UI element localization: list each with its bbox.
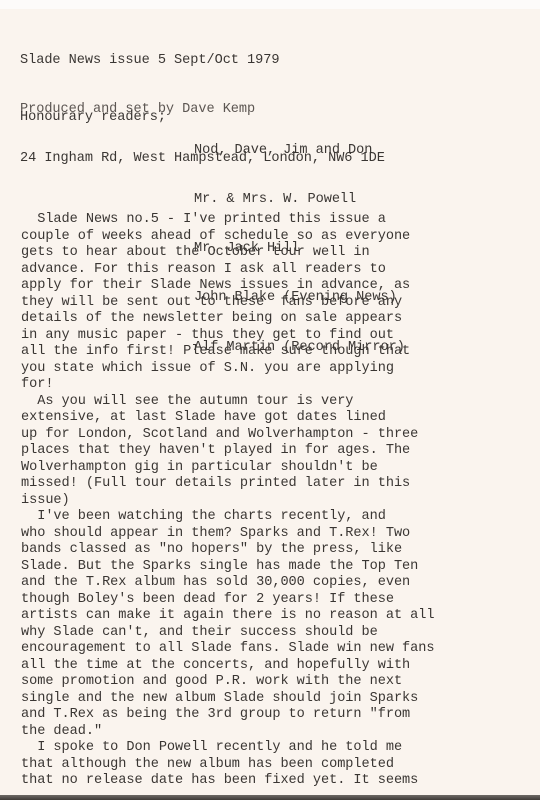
body-line: why Slade can't, and their success shoul…: [21, 625, 435, 642]
body-line: all the info first! Please make sure tho…: [21, 344, 435, 361]
body-line: gets to hear about the October tour well…: [21, 245, 435, 262]
body-line: and the T.Rex album has sold 30,000 copi…: [21, 575, 435, 592]
body-line: up for London, Scotland and Wolverhampto…: [21, 427, 435, 444]
reader-name: Nod, Dave, Jim and Don: [194, 143, 405, 159]
body-line: some promotion and good P.R. work with t…: [21, 674, 435, 691]
body-line: As you will see the autumn tour is very: [21, 394, 435, 411]
body-line: couple of weeks ahead of schedule so as …: [21, 229, 435, 246]
body-line: single and the new album Slade should jo…: [21, 691, 435, 708]
body-line: that although the new album has been com…: [21, 757, 435, 774]
body-line: places that they haven't played in for a…: [21, 443, 435, 460]
body-line: all the time at the concerts, and hopefu…: [21, 658, 435, 675]
body-line: details of the newsletter being on sale …: [21, 311, 435, 328]
body-line: and T.Rex as being the 3rd group to retu…: [21, 707, 435, 724]
issue-title: Slade News issue 5 Sept/Oct 1979: [20, 53, 385, 69]
article-body: Slade News no.5 - I've printed this issu…: [21, 212, 435, 790]
body-line: missed! (Full tour details printed later…: [21, 476, 435, 493]
body-line: apply for their Slade News issues in adv…: [21, 278, 435, 295]
body-line: though Boley's been dead for 2 years! If…: [21, 592, 435, 609]
reader-name: Mr. & Mrs. W. Powell: [194, 192, 405, 208]
honourary-readers-label: Honourary readers;: [20, 110, 166, 126]
body-line: advance. For this reason I ask all reade…: [21, 262, 435, 279]
body-line: for!: [21, 377, 435, 394]
body-line: issue): [21, 493, 435, 510]
body-line: I've been watching the charts recently, …: [21, 509, 435, 526]
body-line: in any music paper - thus they get to fi…: [21, 328, 435, 345]
body-line: they will be sent out to these fans befo…: [21, 295, 435, 312]
body-line: Wolverhampton gig in particular shouldn'…: [21, 460, 435, 477]
body-line: the dead.": [21, 724, 435, 741]
body-line: I spoke to Don Powell recently and he to…: [21, 740, 435, 757]
body-line: bands classed as "no hopers" by the pres…: [21, 542, 435, 559]
body-line: who should appear in them? Sparks and T.…: [21, 526, 435, 543]
body-line: encouragement to all Slade fans. Slade w…: [21, 641, 435, 658]
page-bottom-edge: [0, 795, 540, 800]
body-line: extensive, at last Slade have got dates …: [21, 410, 435, 427]
body-line: Slade. But the Sparks single has made th…: [21, 559, 435, 576]
body-line: that no release date has been fixed yet.…: [21, 773, 435, 790]
body-line: you state which issue of S.N. you are ap…: [21, 361, 435, 378]
body-line: artists can make it again there is no re…: [21, 608, 435, 625]
body-line: Slade News no.5 - I've printed this issu…: [21, 212, 435, 229]
